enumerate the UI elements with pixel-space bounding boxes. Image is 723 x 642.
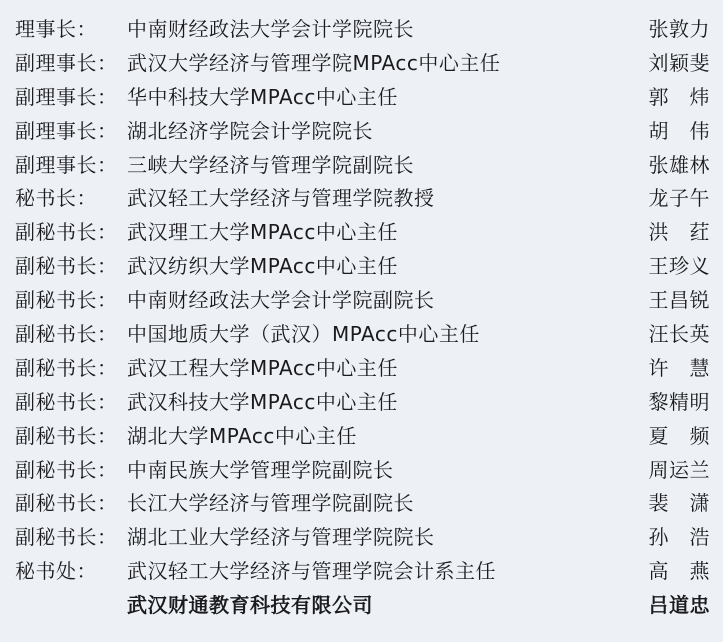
institution-label: 中南财经政法大学会计学院副院长 bbox=[127, 284, 649, 318]
role-label: 副秘书长： bbox=[15, 420, 127, 454]
person-name: 刘颖斐 bbox=[649, 47, 711, 81]
role-label: 副秘书长： bbox=[15, 318, 127, 352]
person-name: 吕道忠 bbox=[649, 589, 711, 623]
role-label: 副理事长： bbox=[15, 81, 127, 115]
institution-label: 湖北经济学院会计学院院长 bbox=[127, 115, 649, 149]
role-label: 副秘书长： bbox=[15, 284, 127, 318]
institution-label: 中南民族大学管理学院副院长 bbox=[127, 454, 649, 488]
person-name: 黎精明 bbox=[649, 386, 711, 420]
institution-label: 武汉理工大学MPAcc中心主任 bbox=[127, 216, 649, 250]
officer-row: 副秘书长： 中南财经政法大学会计学院副院长 王昌锐 bbox=[15, 284, 710, 318]
person-name: 汪长英 bbox=[649, 318, 711, 352]
role-label: 副理事长： bbox=[15, 47, 127, 81]
officer-list: 理事长： 中南财经政法大学会计学院院长 张敦力 副理事长： 武汉大学经济与管理学… bbox=[0, 0, 723, 642]
role-label: 副秘书长： bbox=[15, 454, 127, 488]
role-label: 副秘书长： bbox=[15, 352, 127, 386]
officer-row: 理事长： 中南财经政法大学会计学院院长 张敦力 bbox=[15, 13, 710, 47]
person-name: 张敦力 bbox=[649, 13, 711, 47]
officer-row: 副秘书长： 武汉理工大学MPAcc中心主任 洪 荭 bbox=[15, 216, 710, 250]
officer-row: 副秘书长： 湖北工业大学经济与管理学院院长 孙 浩 bbox=[15, 521, 710, 555]
institution-label: 中南财经政法大学会计学院院长 bbox=[127, 13, 649, 47]
institution-label: 中国地质大学（武汉）MPAcc中心主任 bbox=[127, 318, 649, 352]
institution-label: 三峡大学经济与管理学院副院长 bbox=[127, 149, 649, 183]
role-label: 副理事长： bbox=[15, 149, 127, 183]
officer-row: 副理事长： 湖北经济学院会计学院院长 胡 伟 bbox=[15, 115, 710, 149]
role-label: 副秘书长： bbox=[15, 216, 127, 250]
person-name: 周运兰 bbox=[649, 454, 711, 488]
role-label: 副秘书长： bbox=[15, 250, 127, 284]
officer-row: 副秘书长： 中南民族大学管理学院副院长 周运兰 bbox=[15, 454, 710, 488]
officer-row: 副秘书长： 湖北大学MPAcc中心主任 夏 频 bbox=[15, 420, 710, 454]
person-name: 孙 浩 bbox=[649, 521, 711, 555]
institution-label: 武汉工程大学MPAcc中心主任 bbox=[127, 352, 649, 386]
officer-rows: 理事长： 中南财经政法大学会计学院院长 张敦力 副理事长： 武汉大学经济与管理学… bbox=[15, 13, 710, 623]
person-name: 龙子午 bbox=[649, 182, 711, 216]
officer-row: 武汉财通教育科技有限公司 吕道忠 bbox=[15, 589, 710, 623]
role-label: 副秘书长： bbox=[15, 521, 127, 555]
institution-label: 长江大学经济与管理学院副院长 bbox=[127, 487, 649, 521]
person-name: 许 慧 bbox=[649, 352, 711, 386]
person-name: 王珍义 bbox=[649, 250, 711, 284]
institution-label: 湖北工业大学经济与管理学院院长 bbox=[127, 521, 649, 555]
person-name: 张雄林 bbox=[649, 149, 711, 183]
person-name: 高 燕 bbox=[649, 555, 711, 589]
role-label: 副秘书长： bbox=[15, 487, 127, 521]
document-page: { "colors": { "background": "#edf1f6", "… bbox=[0, 0, 723, 642]
role-label: 理事长： bbox=[15, 13, 127, 47]
institution-label: 武汉纺织大学MPAcc中心主任 bbox=[127, 250, 649, 284]
person-name: 洪 荭 bbox=[649, 216, 711, 250]
officer-row: 副秘书长： 中国地质大学（武汉）MPAcc中心主任 汪长英 bbox=[15, 318, 710, 352]
role-label: 秘书处： bbox=[15, 555, 127, 589]
role-label: 秘书长： bbox=[15, 182, 127, 216]
officer-row: 秘书长： 武汉轻工大学经济与管理学院教授 龙子午 bbox=[15, 182, 710, 216]
officer-row: 副理事长： 三峡大学经济与管理学院副院长 张雄林 bbox=[15, 149, 710, 183]
person-name: 王昌锐 bbox=[649, 284, 711, 318]
institution-label: 湖北大学MPAcc中心主任 bbox=[127, 420, 649, 454]
person-name: 郭 炜 bbox=[649, 81, 711, 115]
person-name: 胡 伟 bbox=[649, 115, 711, 149]
institution-label: 武汉科技大学MPAcc中心主任 bbox=[127, 386, 649, 420]
institution-label: 武汉财通教育科技有限公司 bbox=[127, 589, 649, 623]
institution-label: 武汉轻工大学经济与管理学院会计系主任 bbox=[127, 555, 649, 589]
officer-row: 副理事长： 武汉大学经济与管理学院MPAcc中心主任 刘颖斐 bbox=[15, 47, 710, 81]
officer-row: 秘书处： 武汉轻工大学经济与管理学院会计系主任 高 燕 bbox=[15, 555, 710, 589]
institution-label: 武汉大学经济与管理学院MPAcc中心主任 bbox=[127, 47, 649, 81]
person-name: 裴 潇 bbox=[649, 487, 711, 521]
officer-row: 副秘书长： 武汉科技大学MPAcc中心主任 黎精明 bbox=[15, 386, 710, 420]
role-label: 副秘书长： bbox=[15, 386, 127, 420]
institution-label: 华中科技大学MPAcc中心主任 bbox=[127, 81, 649, 115]
role-label: 副理事长： bbox=[15, 115, 127, 149]
person-name: 夏 频 bbox=[649, 420, 711, 454]
officer-row: 副秘书长： 长江大学经济与管理学院副院长 裴 潇 bbox=[15, 487, 710, 521]
officer-row: 副理事长： 华中科技大学MPAcc中心主任 郭 炜 bbox=[15, 81, 710, 115]
institution-label: 武汉轻工大学经济与管理学院教授 bbox=[127, 182, 649, 216]
officer-row: 副秘书长： 武汉纺织大学MPAcc中心主任 王珍义 bbox=[15, 250, 710, 284]
officer-row: 副秘书长： 武汉工程大学MPAcc中心主任 许 慧 bbox=[15, 352, 710, 386]
